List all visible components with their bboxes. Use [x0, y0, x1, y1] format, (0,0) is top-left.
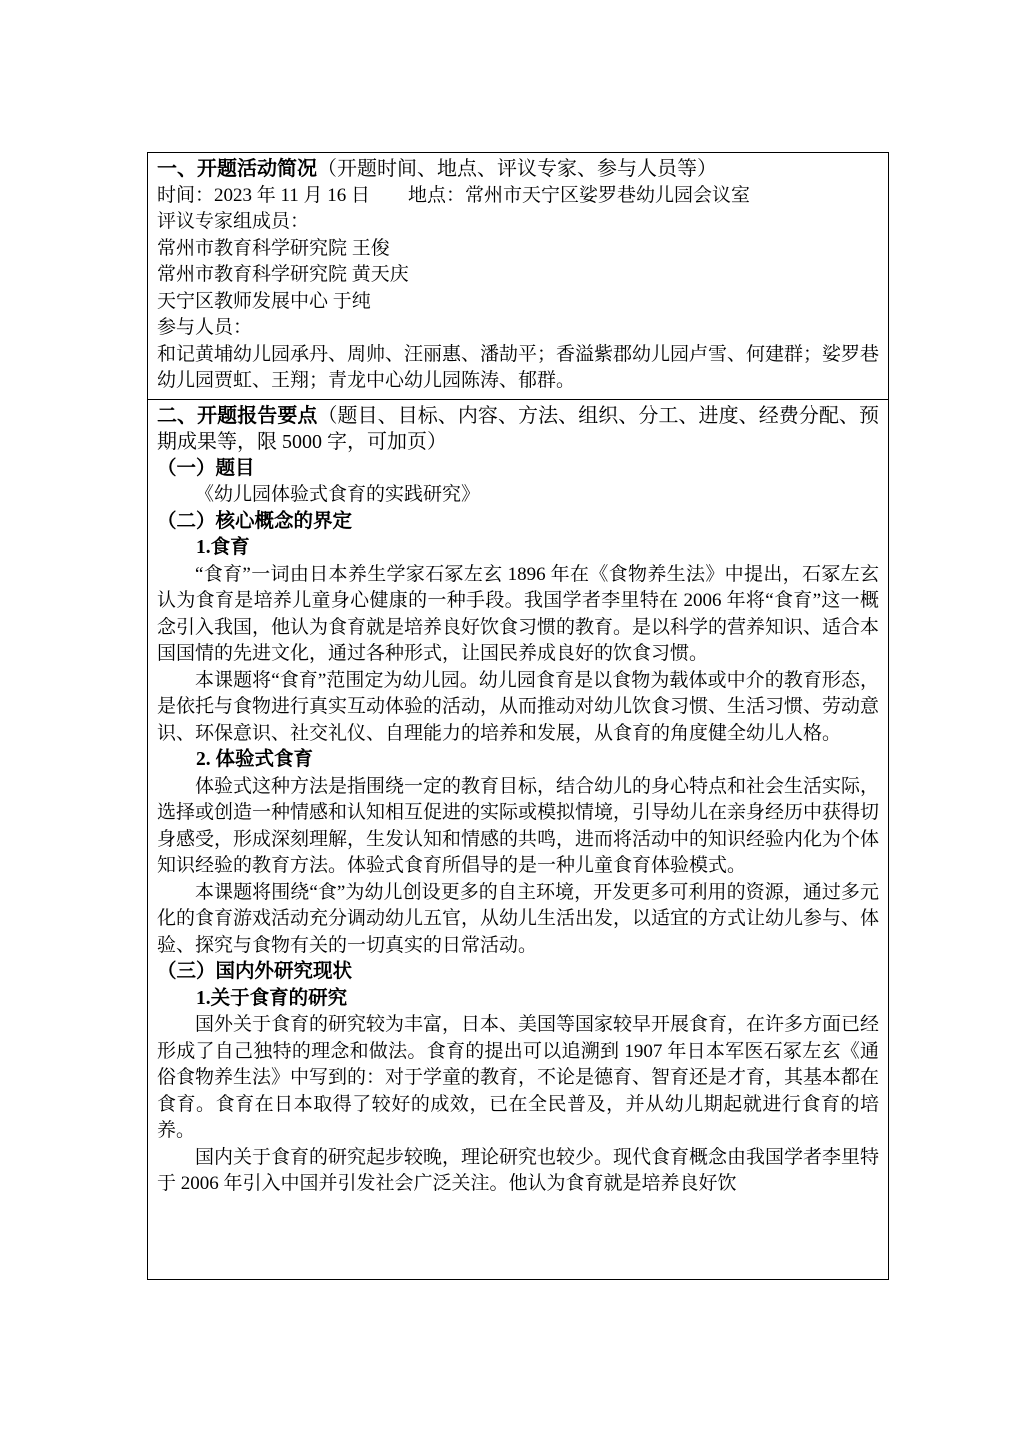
section2-heading: 二、开题报告要点（题目、目标、内容、方法、组织、分工、进度、经费分配、预期成果等…: [157, 403, 879, 456]
concept-2-paragraph-2: 本课题将围绕“食”为幼儿创设更多的自主环境，开发更多可利用的资源，通过多元化的食…: [157, 880, 879, 960]
concept-2-title: 2. 体验式食育: [157, 747, 879, 774]
expert-line: 常州市教育科学研究院 黄天庆: [157, 262, 879, 289]
concept-1-paragraph-2: 本课题将“食育”范围定为幼儿园。幼儿园食育是以食物为载体或中介的教育形态，是依托…: [157, 668, 879, 748]
report-page: 一、开题活动简况（开题时间、地点、评议专家、参与人员等） 时间：2023 年 1…: [0, 0, 1024, 1448]
participants-list: 和记黄埔幼儿园承丹、周帅、汪丽惠、潘劼平；香溢紫郡幼儿园卢雪、何建群；娑罗巷幼儿…: [157, 342, 879, 395]
opening-report-table: 一、开题活动简况（开题时间、地点、评议专家、参与人员等） 时间：2023 年 1…: [147, 152, 889, 1280]
concept-1-title: 1.食育: [157, 535, 879, 562]
section2-heading-title: 二、开题报告要点: [157, 405, 317, 427]
expert-line: 常州市教育科学研究院 王俊: [157, 236, 879, 263]
concept-1-paragraph-1: “食育”一词由日本养生学家石冢左玄 1896 年在《食物养生法》中提出，石冢左玄…: [157, 562, 879, 668]
section-report-points: 二、开题报告要点（题目、目标、内容、方法、组织、分工、进度、经费分配、预期成果等…: [148, 400, 888, 1279]
research-1-paragraph-2: 国内关于食育的研究起步较晚，理论研究也较少。现代食育概念由我国学者李里特于 20…: [157, 1145, 879, 1198]
time-location-line: 时间：2023 年 11 月 16 日 地点：常州市天宁区娑罗巷幼儿园会议室: [157, 183, 879, 210]
concept-2-paragraph-1: 体验式这种方法是指围绕一定的教育目标，结合幼儿的身心特点和社会生活实际，选择或创…: [157, 774, 879, 880]
research-1-paragraph-1: 国外关于食育的研究较为丰富，日本、美国等国家较早开展食育，在许多方面已经形成了自…: [157, 1012, 879, 1145]
participants-label: 参与人员：: [157, 315, 879, 342]
section1-heading-title: 一、开题活动简况: [157, 158, 317, 180]
expert-line: 天宁区教师发展中心 于纯: [157, 289, 879, 316]
expert-panel-label: 评议专家组成员：: [157, 209, 879, 236]
section1-heading: 一、开题活动简况（开题时间、地点、评议专家、参与人员等）: [157, 156, 879, 183]
subsection-3-title: （三）国内外研究现状: [157, 959, 879, 986]
research-1-title: 1.关于食育的研究: [157, 986, 879, 1013]
section1-heading-note: （开题时间、地点、评议专家、参与人员等）: [317, 158, 717, 180]
section-activity-overview: 一、开题活动简况（开题时间、地点、评议专家、参与人员等） 时间：2023 年 1…: [148, 153, 888, 400]
subsection-1-title: （一）题目: [157, 456, 879, 483]
project-title-line: 《幼儿园体验式食育的实践研究》: [157, 482, 879, 509]
subsection-2-title: （二）核心概念的界定: [157, 509, 879, 536]
